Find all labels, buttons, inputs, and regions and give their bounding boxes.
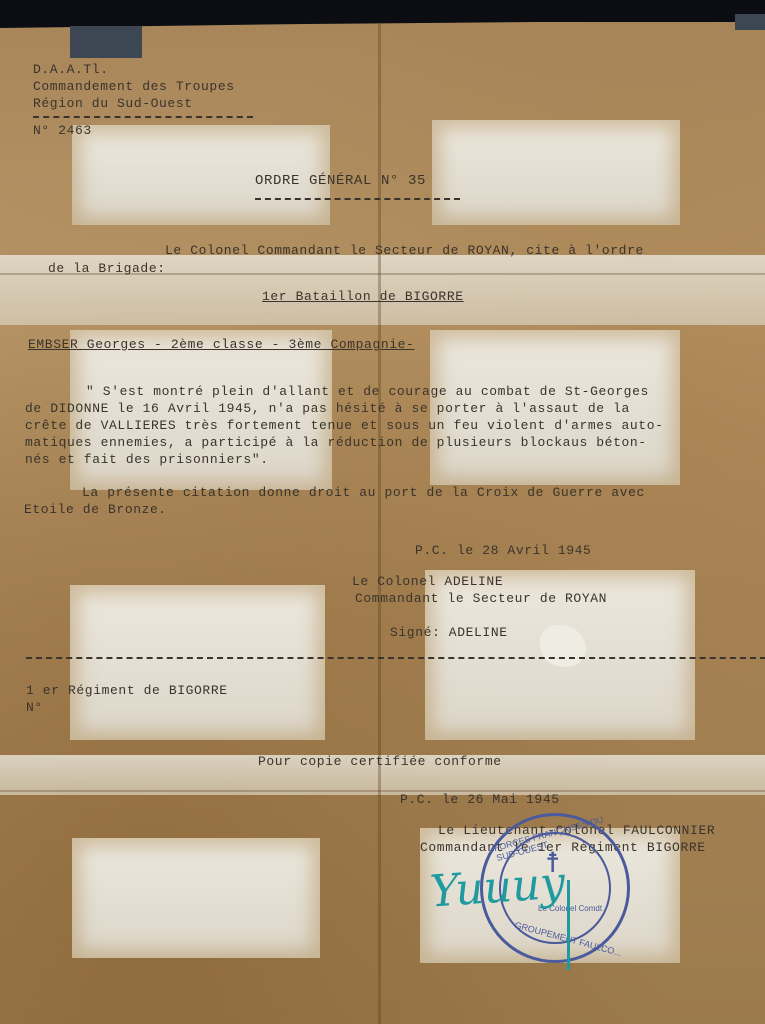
citation-line: crête de VALLIERES très fortement tenue … — [25, 418, 664, 433]
header-line: Région du Sud-Ouest — [33, 96, 193, 111]
header-line: D.A.A.Tl. — [33, 62, 109, 77]
copy-date: P.C. le 26 Mai 1945 — [400, 792, 560, 807]
paper-window — [432, 120, 680, 225]
award-line: La présente citation donne droit au port… — [82, 485, 645, 500]
intro-line: Le Colonel Commandant le Secteur de ROYA… — [165, 243, 644, 258]
citation-line: nés et fait des prisonniers". — [25, 452, 269, 467]
award-line: Etoile de Bronze. — [24, 502, 167, 517]
paper-window — [72, 838, 320, 958]
divider — [33, 116, 253, 118]
photo-corner-tab — [70, 26, 142, 58]
divider — [26, 657, 765, 659]
unit-name: 1er Bataillon de BIGORRE — [262, 289, 464, 304]
regiment-line: 1 er Régiment de BIGORRE — [26, 683, 228, 698]
signature-stroke — [567, 880, 570, 970]
header-line: Commandement des Troupes — [33, 79, 235, 94]
soldier-name: EMBSER Georges - 2ème classe - 3ème Comp… — [28, 337, 414, 352]
citation-line: " S'est montré plein d'allant et de cour… — [86, 384, 649, 399]
signed-line: Signé: ADELINE — [390, 625, 508, 640]
place-date: P.C. le 28 Avril 1945 — [415, 543, 591, 558]
regiment-number: N° — [26, 700, 43, 715]
citation-line: de DIDONNE le 16 Avril 1945, n'a pas hés… — [25, 401, 630, 416]
certified-copy: Pour copie certifiée conforme — [258, 754, 502, 769]
document-title: ORDRE GÉNÉRAL N° 35 — [255, 173, 426, 189]
reference-number: N° 2463 — [33, 123, 92, 138]
paper-window — [70, 585, 325, 740]
photo-corner-tab — [735, 14, 765, 30]
signatory-title: Commandant le Secteur de ROYAN — [355, 591, 607, 606]
signatory-name: Le Colonel ADELINE — [352, 574, 503, 589]
fold-line — [0, 790, 765, 792]
intro-line: de la Brigade: — [48, 261, 166, 276]
title-underline — [255, 198, 460, 200]
citation-line: matiques ennemies, a participé à la rédu… — [25, 435, 647, 450]
handwritten-signature: Yuuuy — [428, 857, 566, 917]
